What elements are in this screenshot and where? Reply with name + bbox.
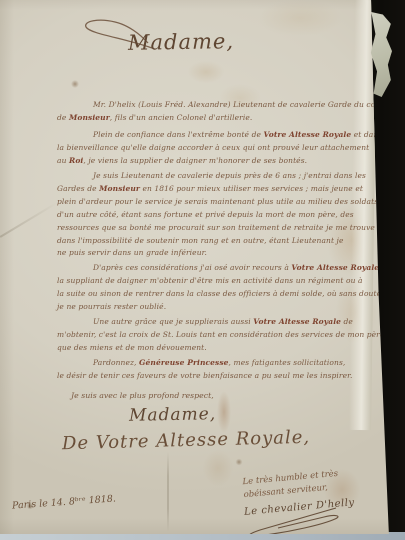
salutation: Madame, [128,29,234,55]
photo-of-letter: Madame, Mr. D'helix (Louis Fréd. Alexand… [0,0,405,540]
letter-line: le désir de tenir ces faveurs de votre b… [57,370,379,383]
letter-line: Pardonnez, Généreuse Princesse, mes fati… [57,357,379,370]
closing-address: De Votre Altesse Royale, [62,427,311,454]
letter-line: je ne pourrais rester oublié. [57,301,379,314]
letter-paragraph: Pardonnez, Généreuse Princesse, mes fati… [57,357,379,383]
letter-line: la bienveillance qu'elle daigne accorder… [57,142,379,155]
letter-paragraph: Mr. D'helix (Louis Fréd. Alexandre) Lieu… [57,99,379,125]
letter-paragraph: Je suis Lieutenant de cavalerie depuis p… [57,170,379,261]
letter-line: Je suis Lieutenant de cavalerie depuis p… [57,170,379,183]
letter-paragraph: D'après ces considérations j'ai osé avoi… [57,262,379,314]
letter-line: Mr. D'helix (Louis Fréd. Alexandre) Lieu… [57,99,379,112]
letter-line: plein d'ardeur pour le service je serais… [57,196,379,209]
letter-line: d'un autre côté, étant sans fortune et p… [57,209,379,222]
respect-line: Je suis avec le plus profond respect, [71,391,214,400]
letter-line: ressources que sa bonté me procurait sur… [57,222,379,235]
closing-salutation: Madame, [129,404,216,426]
letter-line: la suite ou sinon de rentrer dans la cla… [57,288,379,301]
letter-line: que des miens et de mon dévouement. [57,342,379,355]
paper-crease-vertical [167,452,169,532]
letter-line: D'après ces considérations j'ai osé avoi… [57,262,379,275]
letter-line: ne puis servir dans un grade inférieur. [57,247,379,260]
letter-paragraph: Plein de confiance dans l'extrême bonté … [57,129,379,168]
letter-line: la suppliant de daigner m'obtenir d'être… [57,275,379,288]
letter-line: au Roi, je viens la supplier de daigner … [57,155,379,168]
letter-paragraph: Une autre grâce que je supplierais aussi… [57,316,379,355]
letter-line: dans l'impossibilité de soutenir mon ran… [57,235,379,248]
paper-crease-diagonal [0,202,57,237]
letter-line: Une autre grâce que je supplierais aussi… [57,316,379,329]
letter-line: m'obtenir, c'est la croix de St. Louis t… [57,329,379,342]
valediction: Le très humble et très obéissant servite… [242,468,340,502]
letter-body: Mr. D'helix (Louis Fréd. Alexandre) Lieu… [57,99,379,385]
letter-line: Gardes de Monsieur en 1816 pour mieux ut… [57,183,379,196]
dateline: Paris le 14. 8ᵇʳᵉ 1818. [12,493,116,511]
letter-page: Madame, Mr. D'helix (Louis Fréd. Alexand… [0,0,396,534]
letter-line: Plein de confiance dans l'extrême bonté … [57,129,379,142]
signature-flourish-icon [238,506,346,538]
letter-line: de Monsieur, fils d'un ancien Colonel d'… [57,112,379,125]
